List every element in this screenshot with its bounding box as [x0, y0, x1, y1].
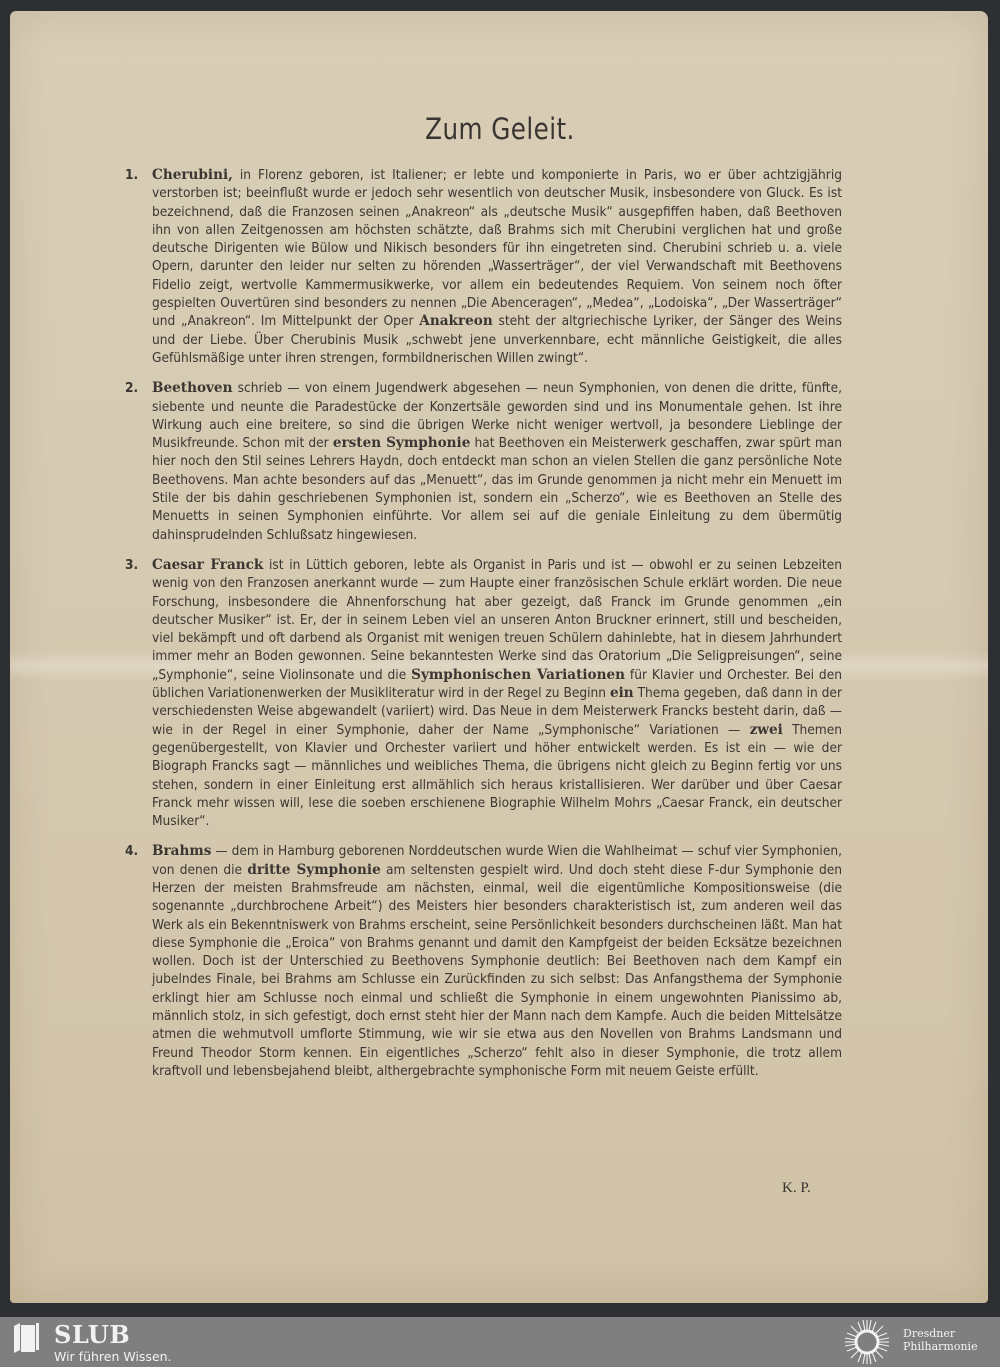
- section-text: am seltensten gespielt wird. Und doch st…: [152, 862, 842, 1079]
- slub-logo-text[interactable]: SLUB: [54, 1320, 130, 1349]
- section-number: 3.: [125, 556, 138, 574]
- logo-line-1: Dresdner: [903, 1327, 978, 1340]
- section-cherubini: 1. Cherubini, in Florenz geboren, ist It…: [118, 166, 842, 367]
- section-number: 2.: [125, 379, 138, 397]
- footer-bar: SLUB Wir führen Wissen. Dresdner P: [0, 1317, 1000, 1367]
- sunburst-ring-icon[interactable]: [843, 1318, 891, 1366]
- slub-tagline: Wir führen Wissen.: [54, 1349, 172, 1364]
- section-franck: 3. Caesar Franck ist in Lüttich geboren,…: [118, 556, 842, 830]
- section-number: 4.: [125, 842, 138, 860]
- emphasis-text: ein: [610, 685, 634, 701]
- dresdner-philharmonie-logo-text[interactable]: Dresdner Philharmonie: [903, 1327, 978, 1353]
- emphasis-text: zwei: [750, 722, 783, 738]
- section-text: hat Beethoven ein Meisterwerk geschaffen…: [152, 435, 842, 542]
- emphasis-text: ersten Symphonie: [333, 435, 471, 451]
- emphasis-text: Symphonischen Variationen: [411, 667, 625, 683]
- section-beethoven: 2. Beethoven schrieb — von einem Jugendw…: [118, 379, 842, 544]
- logo-line-2: Philharmonie: [903, 1340, 978, 1353]
- section-lead: Caesar Franck: [152, 557, 263, 573]
- document-body: 1. Cherubini, in Florenz geboren, ist It…: [118, 166, 842, 1092]
- section-lead: Beethoven: [152, 380, 232, 396]
- section-text: in Florenz geboren, ist Italiener; er le…: [152, 167, 842, 329]
- book-icon[interactable]: [12, 1322, 40, 1354]
- emphasis-text: Anakreon: [419, 313, 492, 329]
- section-number: 1.: [125, 166, 138, 184]
- page-title: Zum Geleit.: [75, 112, 925, 146]
- section-brahms: 4. Brahms — dem in Hamburg geborenen Nor…: [118, 842, 842, 1080]
- author-signature: K. P.: [782, 1180, 811, 1197]
- section-text: ist in Lüttich geboren, lebte als Organi…: [152, 557, 842, 683]
- emphasis-text: dritte Symphonie: [247, 862, 380, 878]
- section-lead: Brahms: [152, 843, 211, 859]
- section-lead: Cherubini,: [152, 167, 233, 183]
